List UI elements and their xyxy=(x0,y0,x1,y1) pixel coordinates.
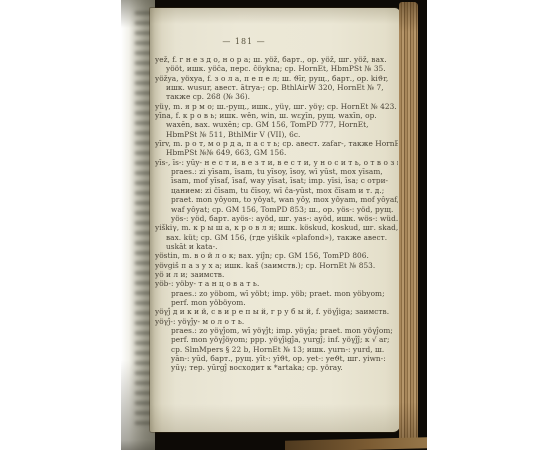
page-number: — 181 — xyxy=(119,37,369,46)
text-line: yūγ; тер. yūrgĵ восходит к *artaka; ср. … xyxy=(155,363,398,372)
text-line: yööt, ишк. yöĉa, перс. ĉöykna; ср. HornE… xyxy=(155,64,398,73)
book-cover-edge xyxy=(285,437,427,450)
text-line: yiškiγ, m. к р ы ш а, к р о в л я; ишк. … xyxy=(155,223,398,232)
text-line: yöžya, yöxya, f. з о л а, п е п е л; ш. … xyxy=(155,74,398,83)
text-line: praes.: zo yöbom, wī yöbt; imp. yöb; pra… xyxy=(155,289,398,298)
text-line: yös-: yöd, барт. ayös-: ayöd, шг. yas-: … xyxy=(155,214,398,223)
text-line: цанием: zi čīsam, tu čīsoy, wī ča-yūst, … xyxy=(155,186,398,195)
text-line: HbmPSt № 511, BthlMir V (VII), 6c. xyxy=(155,130,398,139)
text-line: yüγ, m. я р м о; ш.-рущ., ишк., yüγ, шг.… xyxy=(155,102,398,111)
fore-edge-pages xyxy=(399,2,418,446)
text-line: yīrv, m. р о т, м о р д а, п а с т ь; ср… xyxy=(155,139,398,148)
text-line: uskāt и kata-. xyxy=(155,242,398,251)
text-line: yīs-, īs-: yūy- н е с т и, в е з т и, в … xyxy=(155,158,398,167)
text-line: yīna, f. к р о в ь; ишк. wên, win, ш. wε… xyxy=(155,111,398,120)
photo-canvas: — 181 — yеž, f. г н е з д о, н о р а; ш.… xyxy=(0,0,550,450)
text-line: īsam, mof yīsaf, īsaf, way yīsat, īsat; … xyxy=(155,176,398,185)
text-line: ср. SlmMpers § 22 b, HornEt № 13; ишк. y… xyxy=(155,345,398,354)
text-line: HbmPSt №№ 649, 663, GM 156. xyxy=(155,148,398,157)
text-line: yöb-: yöby- т а н ц о в а т ь. xyxy=(155,279,398,288)
text-line: perf. mon yöböyom. xyxy=(155,298,398,307)
text-line: ишк. wusur, авест. ātrya-; ср. BthlAirW … xyxy=(155,83,398,92)
text-line: yövgiš п а з у х а; ишк. kaš (заимств.);… xyxy=(155,261,398,270)
text-line: yöγĵ д и к и й, с в и р е п ы й, г р у б… xyxy=(155,307,398,316)
book-photo: — 181 — yеž, f. г н е з д о, н о р а; ш.… xyxy=(127,0,427,450)
text-line: yöstin, m. в о й л о к; вах. yiĵn; ср. G… xyxy=(155,251,398,260)
text-line: waxēn, вах. wuxēn; ср. GM 156, TomPD 777… xyxy=(155,120,398,129)
dictionary-text-block: yеž, f. г н е з д о, н о р а; ш. yöž, ба… xyxy=(155,55,398,373)
text-line: perf. mon yöγĵöyom; ppp. yöγĵigĵa, yurgĵ… xyxy=(155,335,398,344)
book-page: — 181 — yеž, f. г н е з д о, н о р а; ш.… xyxy=(150,8,400,432)
text-line: yöγĵ-: yöγĵy- м о л о т ь. xyxy=(155,317,398,326)
text-line: вах. küt; ср. GM 156, (где yiškik «plafo… xyxy=(155,233,398,242)
text-line: также ср. 268 (№ 36). xyxy=(155,92,398,101)
text-line: praet. mon yôyom, to yôyat, wan yôy, mox… xyxy=(155,195,398,204)
text-line: yеž, f. г н е з д о, н о р а; ш. yöž, ба… xyxy=(155,55,398,64)
text-line: praes.: zo yöγĵom, wī yöγĵt; imp. yöγĵa;… xyxy=(155,326,398,335)
text-line: waf yôyat; ср. GM 156, TomPD 853; ш., ор… xyxy=(155,205,398,214)
text-line: yö и л и; заимств. xyxy=(155,270,398,279)
text-line: praes.: zi yīsam, īsam, tu yīsoy, īsoy, … xyxy=(155,167,398,176)
text-line: yān-: yūd, барт., рущ. yīt-: yīϑt, ор. y… xyxy=(155,354,398,363)
